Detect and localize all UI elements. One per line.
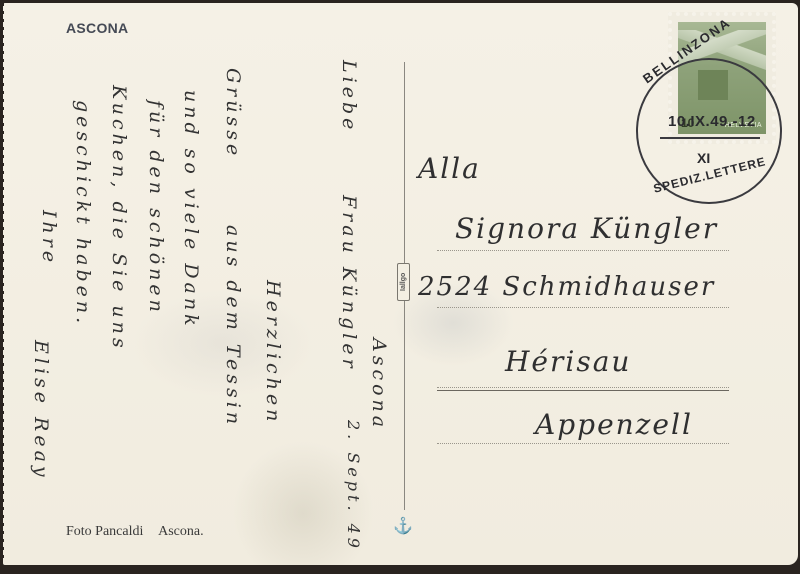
address-line-5: Appenzell — [535, 408, 693, 441]
address-line-3: 2524 Schmidhauser — [418, 272, 715, 302]
message-line-2: Frau Küngler — [338, 195, 360, 372]
message-line-9: geschickt haben. — [72, 100, 94, 327]
printer-logo: Iallgo — [397, 263, 410, 301]
card-title: ASCONA — [66, 20, 128, 36]
photo-credit-name: Foto Pancaldi — [66, 524, 143, 539]
address-line-1: Alla — [418, 152, 481, 185]
message-line-1: Liebe — [338, 60, 360, 133]
address-rule-3-solid — [437, 390, 729, 391]
message-place: Ascona — [368, 338, 390, 431]
message-line-3: Herzlichen — [262, 280, 284, 425]
message-line-6: und so viele Dank — [180, 90, 202, 330]
anchor-icon: ⚓ — [393, 516, 413, 535]
address-line-4: Hérisau — [505, 345, 631, 378]
photo-credit-place: Ascona. — [158, 524, 204, 539]
message-line-8: Kuchen, die Sie uns — [108, 85, 130, 352]
message-line-5: aus dem Tessin — [222, 225, 244, 428]
photo-credit: Foto Pancaldi Ascona. — [66, 524, 216, 540]
address-rule-3 — [437, 387, 729, 388]
address-rule-4 — [437, 443, 729, 444]
postmark-bar — [660, 137, 760, 139]
postmark-date: 10.IX.49.-12 — [668, 113, 756, 130]
message-line-10: Ihre — [38, 210, 60, 266]
postmark-office-code: XI — [697, 150, 710, 166]
message-line-7: für den schönen — [145, 100, 167, 316]
message-date: 2. Sept. 49 — [344, 420, 363, 552]
deckle-edge — [0, 3, 4, 563]
message-signature: Elise Reay — [30, 340, 52, 481]
message-line-4: Grüsse — [222, 68, 244, 159]
address-rule-1 — [437, 250, 729, 251]
address-line-2: Signora Küngler — [455, 212, 718, 245]
address-rule-2 — [437, 307, 729, 308]
